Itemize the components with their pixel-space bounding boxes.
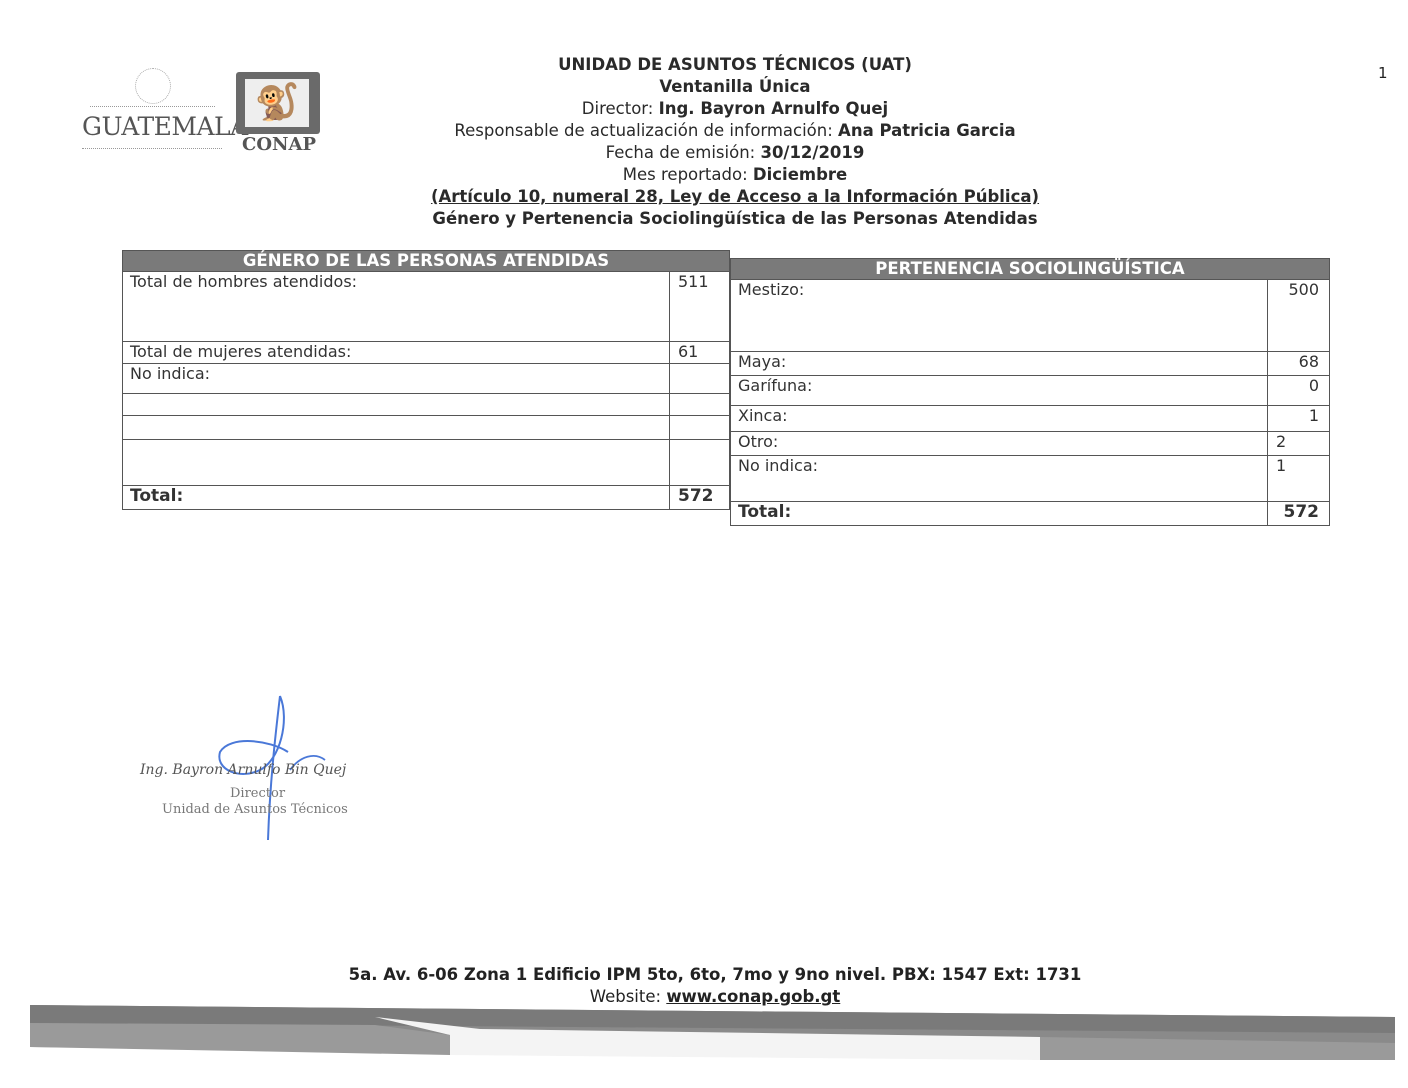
director-label: Director: bbox=[582, 99, 654, 118]
month-value: Diciembre bbox=[753, 165, 847, 184]
row-value: 0 bbox=[1268, 376, 1330, 406]
row-value: 1 bbox=[1268, 456, 1330, 502]
document-header: UNIDAD DE ASUNTOS TÉCNICOS (UAT) Ventani… bbox=[380, 54, 1090, 230]
gender-table: GÉNERO DE LAS PERSONAS ATENDIDAS Total d… bbox=[122, 250, 730, 510]
table-row: Maya: 68 bbox=[731, 352, 1330, 376]
table-row bbox=[123, 394, 730, 416]
responsible-label: Responsable de actualización de informac… bbox=[454, 121, 832, 140]
row-value: 1 bbox=[1268, 406, 1330, 432]
row-label: No indica: bbox=[123, 364, 670, 394]
document-subtitle: Género y Pertenencia Sociolingüística de… bbox=[380, 208, 1090, 230]
website-link[interactable]: www.conap.gob.gt bbox=[666, 987, 840, 1006]
page-number: 1 bbox=[1378, 64, 1388, 82]
table-row: Xinca: 1 bbox=[731, 406, 1330, 432]
logo-divider bbox=[90, 106, 215, 110]
gender-table-title: GÉNERO DE LAS PERSONAS ATENDIDAS bbox=[123, 251, 730, 272]
monkey-icon: 🐒 bbox=[245, 79, 309, 127]
director-line: Director: Ing. Bayron Arnulfo Quej bbox=[380, 98, 1090, 120]
conap-logo: 🐒 CONAP bbox=[236, 72, 322, 158]
signature-block: Ing. Bayron Arnulfo Bin Quej Director Un… bbox=[140, 690, 400, 850]
table-row: Mestizo: 500 bbox=[731, 280, 1330, 352]
row-value bbox=[670, 394, 730, 416]
table-row: No indica: bbox=[123, 364, 730, 394]
row-value: 2 bbox=[1268, 432, 1330, 456]
linguistic-table-title: PERTENENCIA SOCIOLINGÜÍSTICA bbox=[731, 259, 1330, 280]
row-value bbox=[670, 416, 730, 440]
table-row: Total de mujeres atendidas: 61 bbox=[123, 342, 730, 364]
total-value: 572 bbox=[1268, 502, 1330, 526]
issue-date-label: Fecha de emisión: bbox=[606, 143, 756, 162]
table-row: Garífuna: 0 bbox=[731, 376, 1330, 406]
footer: 5a. Av. 6-06 Zona 1 Edificio IPM 5to, 6t… bbox=[300, 964, 1130, 1008]
total-row: Total: 572 bbox=[123, 486, 730, 510]
row-label: Garífuna: bbox=[731, 376, 1268, 406]
footer-address: 5a. Av. 6-06 Zona 1 Edificio IPM 5to, 6t… bbox=[300, 964, 1130, 986]
table-row bbox=[123, 416, 730, 440]
row-label: Mestizo: bbox=[731, 280, 1268, 352]
website-label: Website: bbox=[590, 987, 661, 1006]
row-label: Total de mujeres atendidas: bbox=[123, 342, 670, 364]
signatory-title: Director bbox=[230, 786, 285, 801]
row-label bbox=[123, 416, 670, 440]
director-name: Ing. Bayron Arnulfo Quej bbox=[659, 99, 889, 118]
issue-date: 30/12/2019 bbox=[760, 143, 864, 162]
table-row bbox=[123, 440, 730, 486]
conap-wordmark: CONAP bbox=[236, 134, 322, 155]
row-label: No indica: bbox=[731, 456, 1268, 502]
unit-title: UNIDAD DE ASUNTOS TÉCNICOS (UAT) bbox=[380, 54, 1090, 76]
row-value bbox=[670, 440, 730, 486]
row-label bbox=[123, 394, 670, 416]
row-label: Maya: bbox=[731, 352, 1268, 376]
row-value: 500 bbox=[1268, 280, 1330, 352]
coat-of-arms-icon bbox=[135, 68, 171, 104]
row-value: 61 bbox=[670, 342, 730, 364]
conap-emblem: 🐒 bbox=[236, 72, 320, 134]
row-label: Otro: bbox=[731, 432, 1268, 456]
row-label: Total de hombres atendidos: bbox=[123, 272, 670, 342]
office-title: Ventanilla Única bbox=[380, 76, 1090, 98]
month-line: Mes reportado: Diciembre bbox=[380, 164, 1090, 186]
guatemala-wordmark: GUATEMALA bbox=[82, 112, 248, 141]
signatory-name: Ing. Bayron Arnulfo Bin Quej bbox=[140, 762, 346, 778]
row-label bbox=[123, 440, 670, 486]
month-label: Mes reportado: bbox=[623, 165, 748, 184]
row-value: 511 bbox=[670, 272, 730, 342]
guatemala-logo: GUATEMALA bbox=[80, 66, 225, 158]
row-value bbox=[670, 364, 730, 394]
logo-divider bbox=[82, 148, 222, 149]
linguistic-table: PERTENENCIA SOCIOLINGÜÍSTICA Mestizo: 50… bbox=[730, 258, 1330, 526]
row-label: Xinca: bbox=[731, 406, 1268, 432]
responsible-line: Responsable de actualización de informac… bbox=[380, 120, 1090, 142]
legal-reference: (Artículo 10, numeral 28, Ley de Acceso … bbox=[380, 186, 1090, 208]
total-label: Total: bbox=[123, 486, 670, 510]
total-value: 572 bbox=[670, 486, 730, 510]
signatory-unit: Unidad de Asuntos Técnicos bbox=[162, 802, 348, 817]
row-value: 68 bbox=[1268, 352, 1330, 376]
total-row: Total: 572 bbox=[731, 502, 1330, 526]
table-row: No indica: 1 bbox=[731, 456, 1330, 502]
table-row: Total de hombres atendidos: 511 bbox=[123, 272, 730, 342]
issue-date-line: Fecha de emisión: 30/12/2019 bbox=[380, 142, 1090, 164]
table-row: Otro: 2 bbox=[731, 432, 1330, 456]
total-label: Total: bbox=[731, 502, 1268, 526]
footer-decorative-band bbox=[30, 1005, 1395, 1060]
responsible-name: Ana Patricia Garcia bbox=[838, 121, 1016, 140]
